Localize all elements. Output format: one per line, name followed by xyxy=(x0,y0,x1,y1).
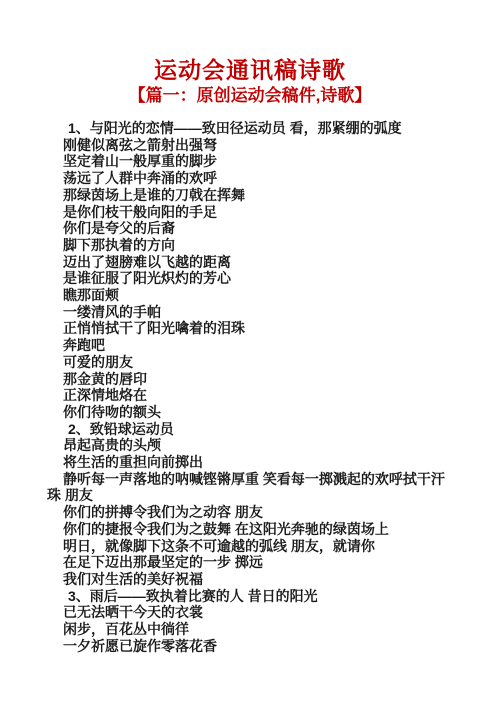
poem-line: 在足下迈出那最坚定的一步 掷远 xyxy=(47,554,455,571)
poem-line: 那金黄的唇印 xyxy=(47,371,455,388)
poem-line: 那绿茵场上是谁的刀戟在挥舞 xyxy=(47,187,455,204)
poem-line: 一夕祈愿已旋作零落花香 xyxy=(47,638,455,655)
poem-line: 将生活的重担向前掷出 xyxy=(47,454,455,471)
poem-line: 昂起高贵的头颅 xyxy=(47,437,455,454)
poem-line: 你们待吻的额头 xyxy=(47,404,455,421)
poem-line: 正深情地烙在 xyxy=(47,387,455,404)
poem-line: 是你们枝干般向阳的手足 xyxy=(47,204,455,221)
poem-line: 奔跑吧 xyxy=(47,337,455,354)
poem-line: 迈出了翅膀难以飞越的距离 xyxy=(47,254,455,271)
poem-line: 你们的拼搏令我们为之动容 朋友 xyxy=(47,504,455,521)
section-heading: 3、雨后——致执着比赛的人 昔日的阳光 xyxy=(47,588,455,605)
document-subtitle: 【篇一：原创运动会稿件,诗歌】 xyxy=(0,85,500,107)
poem-line: 一缕清风的手帕 xyxy=(47,304,455,321)
poem-line: 我们对生活的美好祝福 xyxy=(47,571,455,588)
document-body: 1、与阳光的恋情——致田径运动员 看，那紧绷的弧度 刚健似离弦之箭射出强弩 坚定… xyxy=(47,120,455,655)
poem-line: 闲步，百花丛中徜徉 xyxy=(47,621,455,638)
section-heading: 1、与阳光的恋情——致田径运动员 看，那紧绷的弧度 xyxy=(47,120,455,137)
poem-line: 坚定着山一般厚重的脚步 xyxy=(47,153,455,170)
poem-line: 瞧那面颊 xyxy=(47,287,455,304)
poem-line: 是谁征服了阳光炽灼的芳心 xyxy=(47,270,455,287)
poem-line: 静听每一声落地的呐喊铿锵厚重 笑看每一掷溅起的欢呼拭干汗珠 朋友 xyxy=(47,471,455,504)
poem-line: 荡远了人群中奔涌的欢呼 xyxy=(47,170,455,187)
poem-line: 明日，就像脚下这条不可逾越的弧线 朋友，就请你 xyxy=(47,538,455,555)
poem-line: 可爱的朋友 xyxy=(47,354,455,371)
poem-line: 已无法晒干今天的衣裳 xyxy=(47,604,455,621)
document-title: 运动会通讯稿诗歌 xyxy=(0,0,500,85)
section-heading: 2、致铅球运动员 xyxy=(47,421,455,438)
poem-line: 脚下那执着的方向 xyxy=(47,237,455,254)
poem-line: 你们是夸父的后裔 xyxy=(47,220,455,237)
poem-line: 刚健似离弦之箭射出强弩 xyxy=(47,137,455,154)
document-page: 运动会通讯稿诗歌 【篇一：原创运动会稿件,诗歌】 1、与阳光的恋情——致田径运动… xyxy=(0,0,500,707)
poem-line: 正悄悄拭干了阳光噙着的泪珠 xyxy=(47,320,455,337)
poem-line: 你们的捷报令我们为之鼓舞 在这阳光奔驰的绿茵场上 xyxy=(47,521,455,538)
